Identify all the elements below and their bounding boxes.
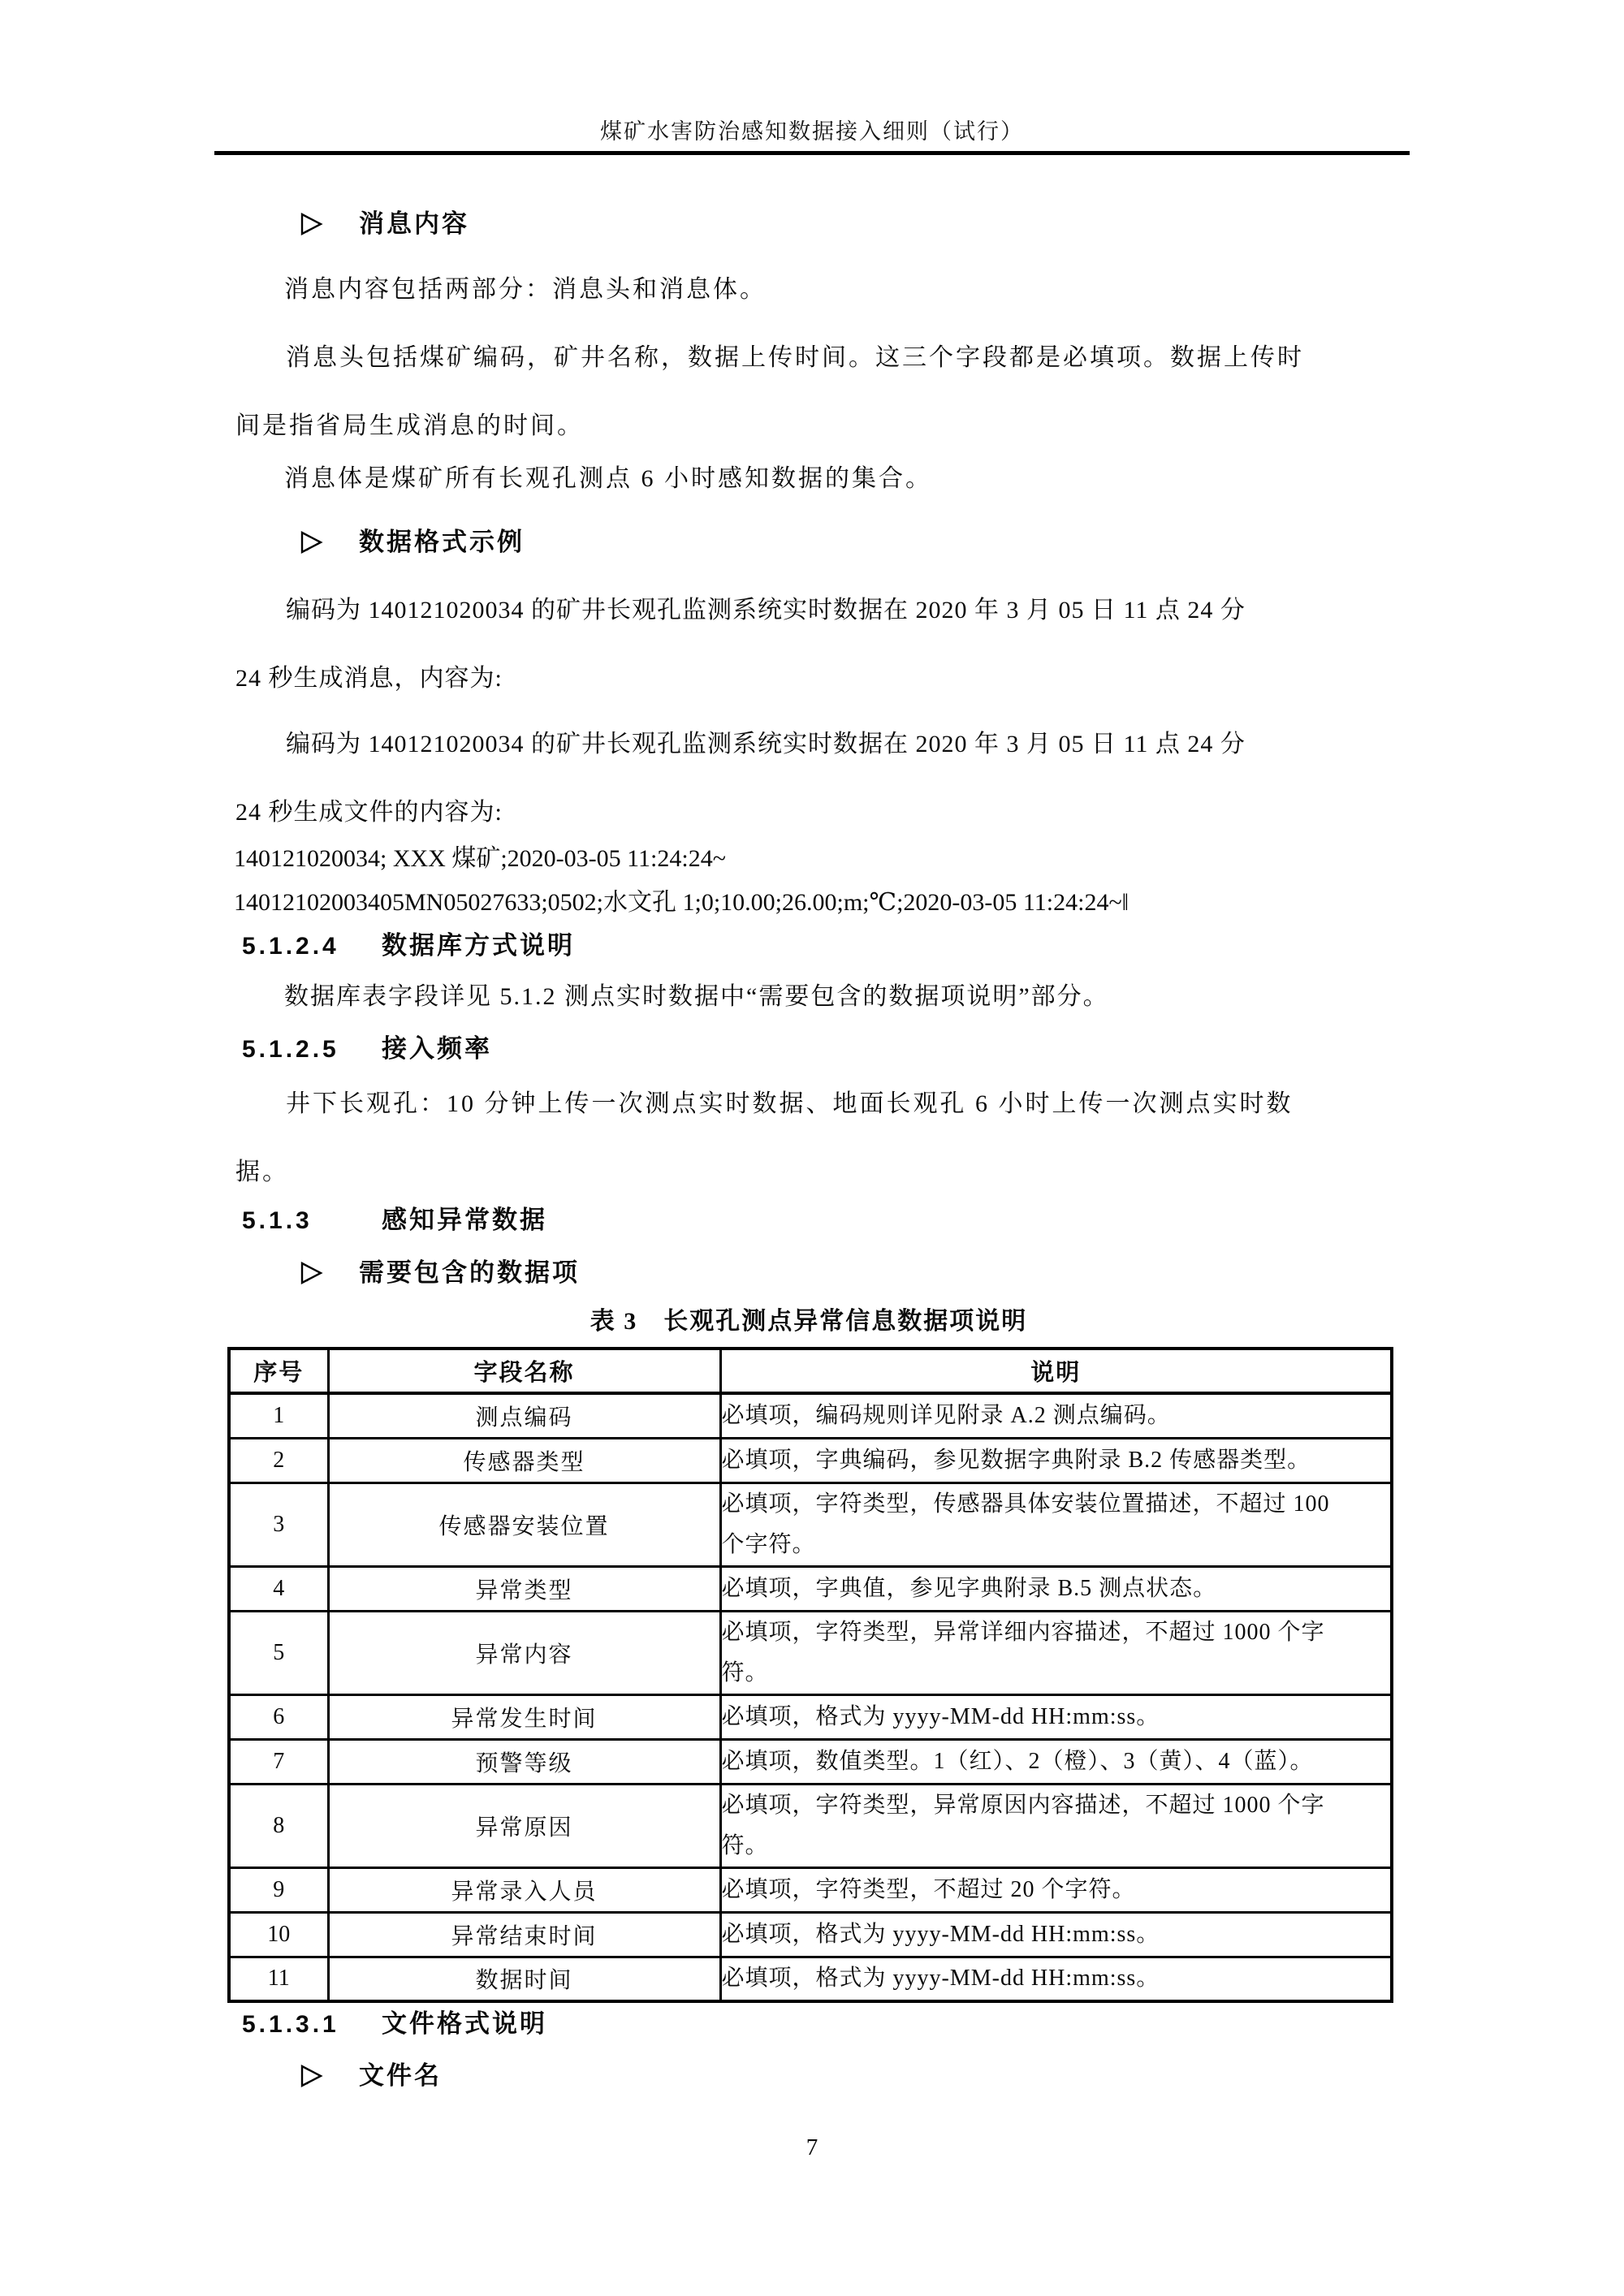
heading-5-1-3-1: 5.1.3.1文件格式说明	[242, 2005, 547, 2044]
cell-field-name: 异常结束时间	[328, 1912, 720, 1957]
para-example-file: 编码为 140121020034 的矿井长观孔监测系统实时数据在 2020 年 …	[235, 710, 1389, 847]
arrowhead-right-icon	[299, 1261, 323, 1285]
arrowhead-right-icon	[299, 212, 323, 236]
bullet-heading-data-format: 数据格式示例	[299, 523, 525, 562]
arrowhead-right-icon	[299, 2064, 323, 2088]
para-message-intro: 消息内容包括两部分：消息头和消息体。	[235, 256, 1389, 324]
code-line-1: 140121020034; XXX 煤矿;2020-03-05 11:24:24…	[234, 841, 1452, 877]
cell-row-number: 11	[229, 1957, 328, 2001]
col-header-desc: 说明	[720, 1349, 1392, 1393]
arrowhead-right-icon	[299, 530, 323, 555]
code-line-2: 14012102003405MN05027633;0502;水文孔 1;0;10…	[234, 885, 1452, 921]
table-row: 2传感器类型必填项，字典编码，参见数据字典附录 B.2 传感器类型。	[229, 1438, 1392, 1482]
bullet-label: 消息内容	[359, 205, 469, 244]
table-row: 8异常原因必填项，字符类型，异常原因内容描述，不超过 1000 个字 符。	[229, 1784, 1392, 1867]
cell-field-name: 数据时间	[328, 1957, 720, 2001]
table-row: 10异常结束时间必填项，格式为 yyyy-MM-dd HH:mm:ss。	[229, 1912, 1392, 1957]
cell-description: 必填项，数值类型。1（红）、2（橙）、3（黄）、4（蓝）。	[720, 1739, 1392, 1784]
cell-row-number: 3	[229, 1482, 328, 1566]
data-table: 序号 字段名称 说明 1测点编码必填项，编码规则详见附录 A.2 测点编码。2传…	[227, 1347, 1393, 2003]
col-header-field: 字段名称	[328, 1349, 720, 1393]
cell-field-name: 异常录入人员	[328, 1867, 720, 1912]
cell-field-name: 异常发生时间	[328, 1694, 720, 1739]
bullet-heading-required-items: 需要包含的数据项	[299, 1254, 580, 1293]
cell-description: 必填项，字符类型，异常详细内容描述，不超过 1000 个字 符。	[720, 1611, 1392, 1694]
cell-description: 必填项，字典编码，参见数据字典附录 B.2 传感器类型。	[720, 1438, 1392, 1482]
heading-number: 5.1.3	[242, 1202, 382, 1241]
table-row: 5异常内容必填项，字符类型，异常详细内容描述，不超过 1000 个字 符。	[229, 1611, 1392, 1694]
heading-title: 文件格式说明	[382, 2009, 547, 2038]
bullet-label: 需要包含的数据项	[359, 1254, 580, 1293]
cell-row-number: 10	[229, 1912, 328, 1957]
cell-row-number: 7	[229, 1739, 328, 1784]
heading-number: 5.1.2.4	[242, 927, 382, 966]
col-header-no: 序号	[229, 1349, 328, 1393]
table-row: 9异常录入人员必填项，字符类型，不超过 20 个字符。	[229, 1867, 1392, 1912]
cell-description: 必填项，字符类型，异常原因内容描述，不超过 1000 个字 符。	[720, 1784, 1392, 1867]
heading-number: 5.1.2.5	[242, 1030, 382, 1069]
table-row: 3传感器安装位置必填项，字符类型，传感器具体安装位置描述，不超过 100 个字符…	[229, 1482, 1392, 1566]
cell-field-name: 异常内容	[328, 1611, 720, 1694]
cell-description: 必填项，格式为 yyyy-MM-dd HH:mm:ss。	[720, 1694, 1392, 1739]
heading-title: 数据库方式说明	[382, 931, 575, 960]
doc-header-title: 煤矿水害防治感知数据接入细则（试行）	[0, 114, 1624, 145]
cell-row-number: 1	[229, 1393, 328, 1438]
cell-row-number: 5	[229, 1611, 328, 1694]
cell-row-number: 2	[229, 1438, 328, 1482]
table-header-row: 序号 字段名称 说明	[229, 1349, 1392, 1393]
cell-row-number: 9	[229, 1867, 328, 1912]
cell-description: 必填项，编码规则详见附录 A.2 测点编码。	[720, 1393, 1392, 1438]
para-message-head: 消息头包括煤矿编码，矿井名称，数据上传时间。这三个字段都是必填项。数据上传时 间…	[235, 324, 1389, 460]
cell-description: 必填项，格式为 yyyy-MM-dd HH:mm:ss。	[720, 1912, 1392, 1957]
cell-field-name: 预警等级	[328, 1739, 720, 1784]
heading-5-1-2-5: 5.1.2.5接入频率	[242, 1029, 492, 1068]
document-page: 煤矿水害防治感知数据接入细则（试行） 消息内容 消息内容包括两部分：消息头和消息…	[0, 0, 1624, 2296]
cell-description: 必填项，格式为 yyyy-MM-dd HH:mm:ss。	[720, 1957, 1392, 2001]
heading-title: 感知异常数据	[382, 1206, 547, 1234]
table-row: 1测点编码必填项，编码规则详见附录 A.2 测点编码。	[229, 1393, 1392, 1438]
cell-description: 必填项，字符类型，传感器具体安装位置描述，不超过 100 个字符。	[720, 1482, 1392, 1566]
cell-description: 必填项，字典值，参见字典附录 B.5 测点状态。	[720, 1566, 1392, 1611]
para-database: 数据库表字段详见 5.1.2 测点实时数据中“需要包含的数据项说明”部分。	[235, 963, 1389, 1031]
table-title: 表 3 长观孔测点异常信息数据项说明	[227, 1302, 1390, 1341]
bullet-heading-message-content: 消息内容	[299, 205, 469, 244]
para-frequency: 井下长观孔：10 分钟上传一次测点实时数据、地面长观孔 6 小时上传一次测点实时…	[235, 1070, 1389, 1206]
cell-field-name: 传感器类型	[328, 1438, 720, 1482]
heading-number: 5.1.3.1	[242, 2005, 382, 2044]
table-row: 4异常类型必填项，字典值，参见字典附录 B.5 测点状态。	[229, 1566, 1392, 1611]
para-example-message: 编码为 140121020034 的矿井长观孔监测系统实时数据在 2020 年 …	[235, 576, 1389, 713]
cell-row-number: 4	[229, 1566, 328, 1611]
heading-title: 接入频率	[382, 1034, 492, 1063]
cell-field-name: 异常类型	[328, 1566, 720, 1611]
header-rule	[214, 151, 1410, 155]
para-message-body: 消息体是煤矿所有长观孔测点 6 小时感知数据的集合。	[235, 445, 1389, 513]
bullet-heading-file-name: 文件名	[299, 2056, 442, 2095]
cell-field-name: 测点编码	[328, 1393, 720, 1438]
page-number: 7	[0, 2130, 1624, 2165]
bullet-label: 数据格式示例	[359, 523, 525, 562]
heading-5-1-2-4: 5.1.2.4数据库方式说明	[242, 926, 575, 965]
cell-field-name: 异常原因	[328, 1784, 720, 1867]
cell-row-number: 8	[229, 1784, 328, 1867]
table-row: 11数据时间必填项，格式为 yyyy-MM-dd HH:mm:ss。	[229, 1957, 1392, 2001]
table-row: 6异常发生时间必填项，格式为 yyyy-MM-dd HH:mm:ss。	[229, 1694, 1392, 1739]
cell-row-number: 6	[229, 1694, 328, 1739]
cell-field-name: 传感器安装位置	[328, 1482, 720, 1566]
bullet-label: 文件名	[359, 2056, 442, 2095]
heading-5-1-3: 5.1.3感知异常数据	[242, 1201, 547, 1240]
table-row: 7预警等级必填项，数值类型。1（红）、2（橙）、3（黄）、4（蓝）。	[229, 1739, 1392, 1784]
cell-description: 必填项，字符类型，不超过 20 个字符。	[720, 1867, 1392, 1912]
